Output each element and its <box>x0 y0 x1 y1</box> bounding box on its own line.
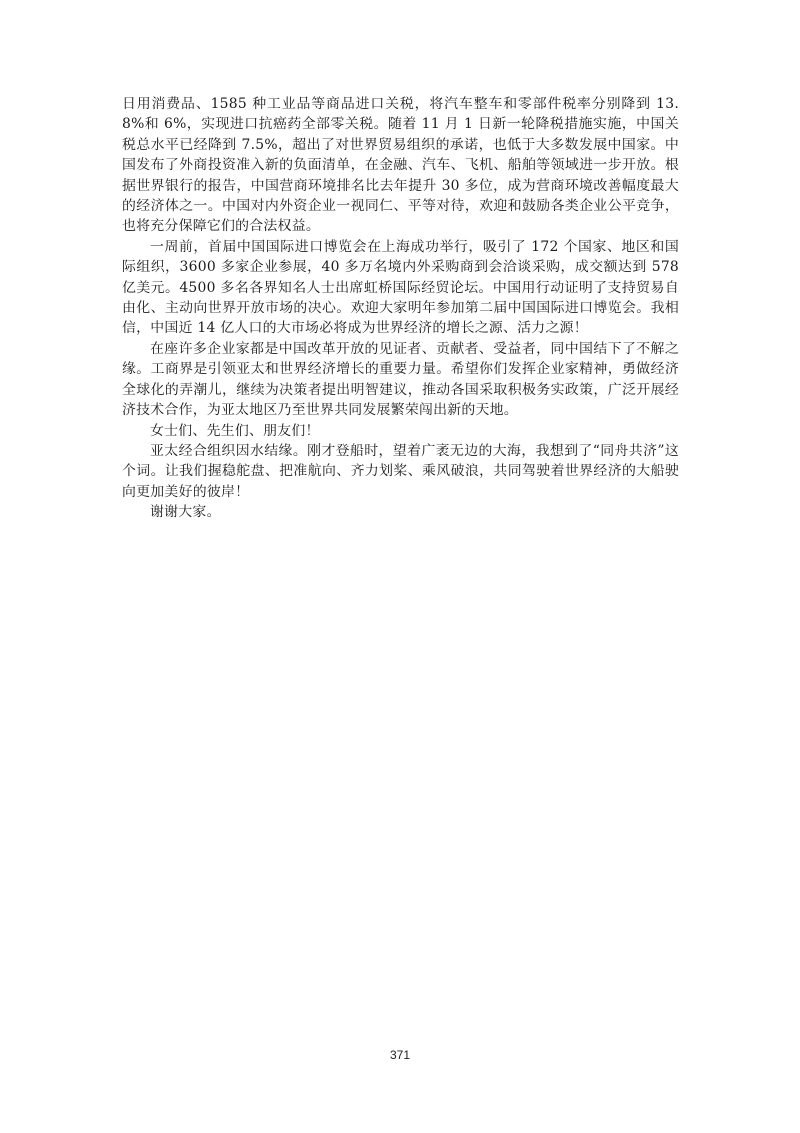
page-body: 日用消费品、1585 种工业品等商品进口关税，将汽车整车和零部件税率分别降到 1… <box>122 94 679 523</box>
paragraph-closing-thanks: 谢谢大家。 <box>122 502 679 522</box>
paragraph-import-expo: 一周前，首届中国国际进口博览会在上海成功举行，吸引了 172 个国家、地区和国际… <box>122 237 679 339</box>
paragraph-entrepreneurs: 在座许多企业家都是中国改革开放的见证者、贡献者、受益者，同中国结下了不解之缘。工… <box>122 339 679 421</box>
paragraph-salutation: 女士们、先生们、朋友们！ <box>122 421 679 441</box>
document-page: 日用消费品、1585 种工业品等商品进口关税，将汽车整车和零部件税率分别降到 1… <box>0 0 800 1133</box>
paragraph-tariff-reform: 日用消费品、1585 种工业品等商品进口关税，将汽车整车和零部件税率分别降到 1… <box>122 94 679 237</box>
paragraph-same-boat: 亚太经合组织因水结缘。刚才登船时，望着广袤无边的大海，我想到了“同舟共济”这个词… <box>122 441 679 502</box>
page-number: 371 <box>0 1048 800 1062</box>
